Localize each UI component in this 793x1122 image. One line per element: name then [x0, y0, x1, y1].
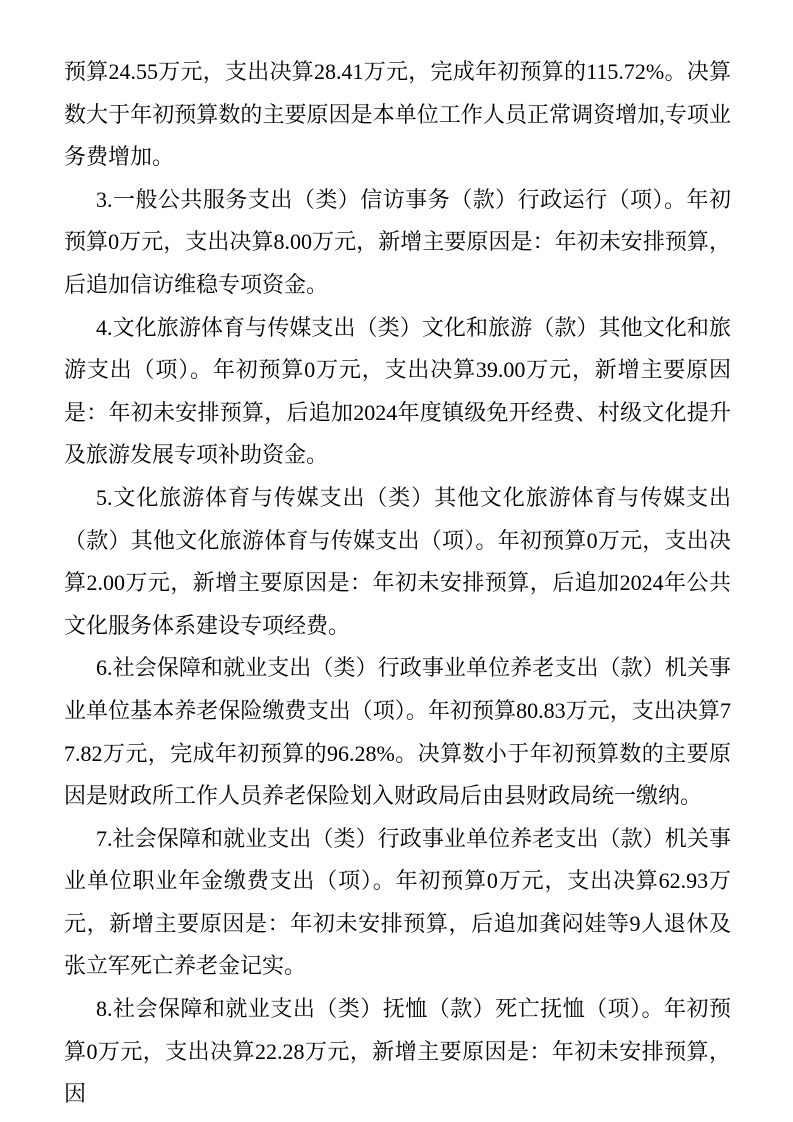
- paragraph-6: 7.社会保障和就业支出（类）行政事业单位养老支出（款）机关事业单位职业年金缴费支…: [64, 818, 731, 988]
- document-page: 预算24.55万元，支出决算28.41万元，完成年初预算的115.72%。决算数…: [0, 0, 793, 1122]
- text-body: 预算24.55万元，支出决算28.41万元，完成年初预算的115.72%。决算数…: [0, 0, 793, 1116]
- paragraph-7: 8.社会保障和就业支出（类）抚恤（款）死亡抚恤（项）。年初预算0万元，支出决算2…: [64, 988, 731, 1116]
- paragraph-4: 5.文化旅游体育与传媒支出（类）其他文化旅游体育与传媒支出（款）其他文化旅游体育…: [64, 477, 731, 647]
- paragraph-1: 预算24.55万元，支出决算28.41万元，完成年初预算的115.72%。决算数…: [64, 51, 731, 179]
- paragraph-2: 3.一般公共服务支出（类）信访事务（款）行政运行（项）。年初预算0万元，支出决算…: [64, 179, 731, 307]
- paragraph-3: 4.文化旅游体育与传媒支出（类）文化和旅游（款）其他文化和旅游支出（项）。年初预…: [64, 307, 731, 477]
- paragraph-5: 6.社会保障和就业支出（类）行政事业单位养老支出（款）机关事业单位基本养老保险缴…: [64, 647, 731, 817]
